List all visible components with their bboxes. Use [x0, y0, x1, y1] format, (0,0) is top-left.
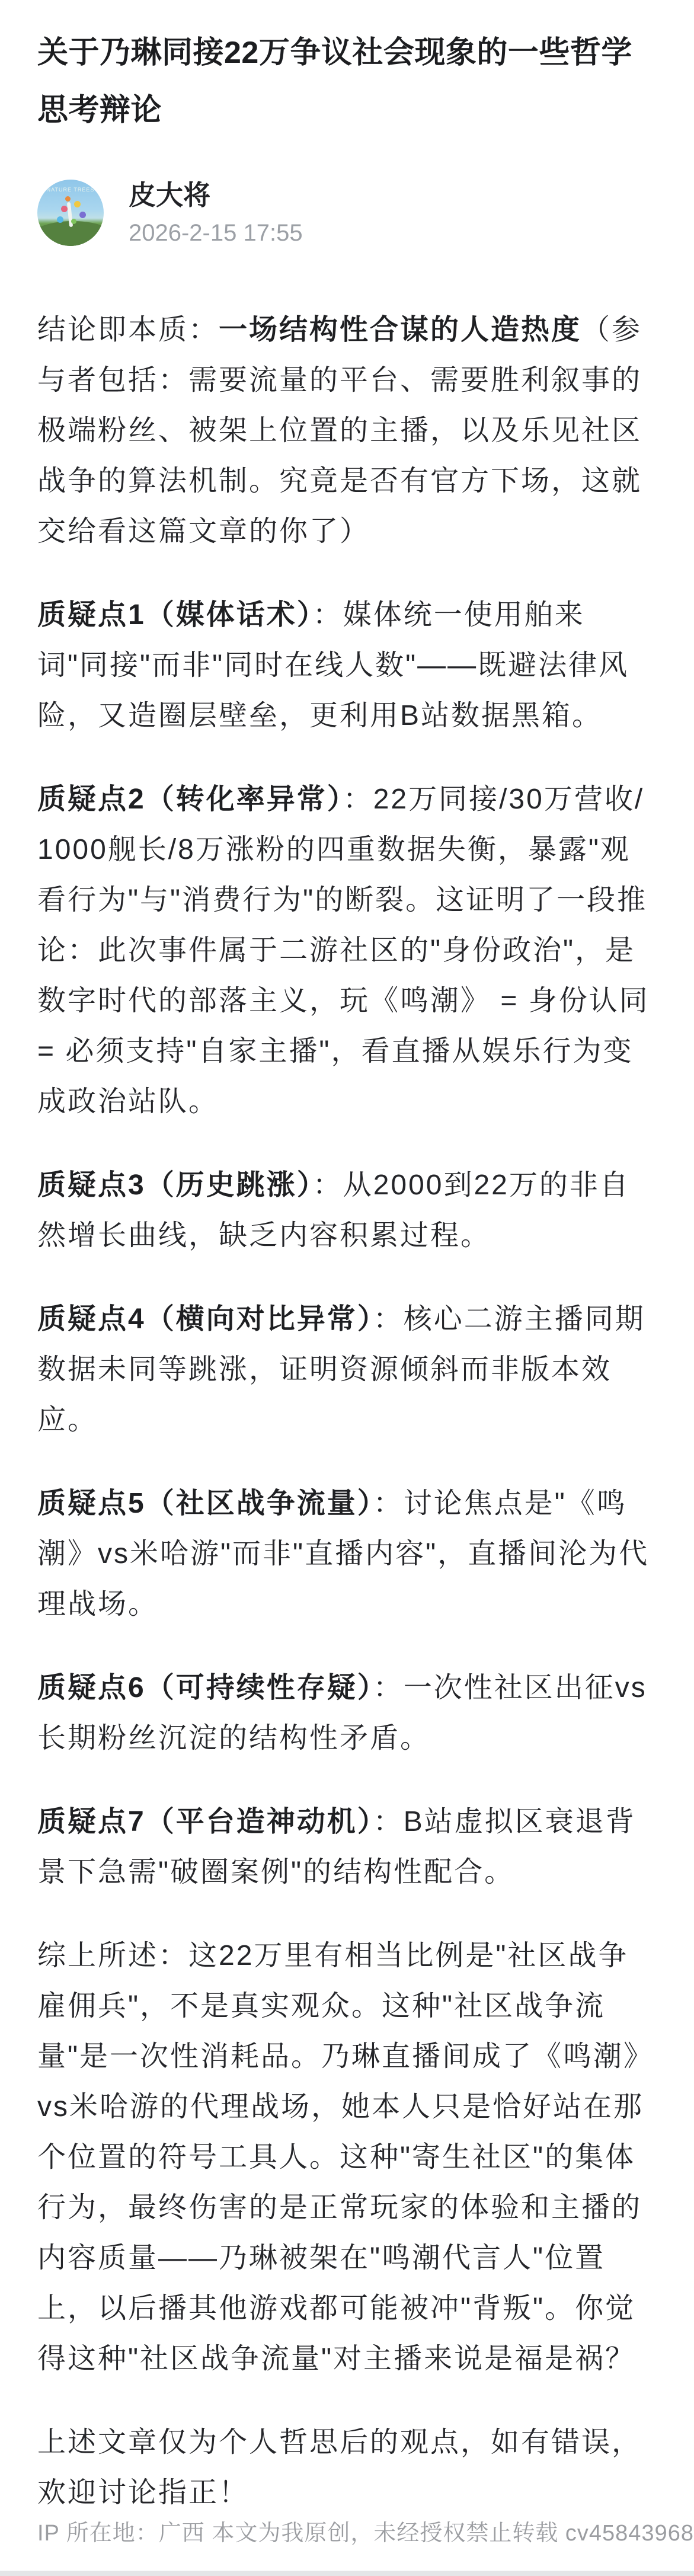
paragraph-bold-segment: 质疑点3（历史跳涨） — [37, 1169, 313, 1201]
author-info: 皮大将 2026-2-15 17:55 — [129, 180, 303, 246]
avatar-balloon-dot — [79, 212, 86, 218]
article-paragraph: 质疑点5（社区战争流量）：讨论焦点是"《鸣潮》vs米哈游"而非"直播内容"，直播… — [37, 1478, 657, 1629]
article-page: 关于乃琳同接22万争议社会现象的一些哲学思考辩论 NATURE TREES 皮大… — [0, 24, 694, 2518]
article-paragraph: 结论即本质：一场结构性合谋的人造热度（参与者包括：需要流量的平台、需要胜利叙事的… — [37, 305, 657, 557]
author-row: NATURE TREES 皮大将 2026-2-15 17:55 — [37, 180, 657, 246]
bottom-divider — [0, 2571, 694, 2576]
publish-date: 2026-2-15 17:55 — [129, 220, 303, 246]
avatar-balloon-dot — [71, 219, 76, 224]
article-paragraph: 质疑点2（转化率异常）：22万同接/30万营收/1000舰长/8万涨粉的四重数据… — [37, 774, 657, 1127]
page-title: 关于乃琳同接22万争议社会现象的一些哲学思考辩论 — [37, 24, 661, 139]
avatar-balloon-dot — [61, 206, 68, 212]
footer-copyright: IP 所在地：广西 本文为我原创，未经授权禁止转载 cv45843968 — [37, 2517, 694, 2550]
avatar-logo-text: NATURE TREES — [37, 187, 104, 193]
article-paragraph: 综上所述：这22万里有相当比例是"社区战争雇佣兵"，不是真实观众。这种"社区战争… — [37, 1931, 657, 2384]
paragraph-text-segment: 综上所述：这22万里有相当比例是"社区战争雇佣兵"，不是真实观众。这种"社区战争… — [37, 1940, 654, 2374]
paragraph-text-segment: （参与者包括：需要流量的平台、需要胜利叙事的极端粉丝、被架上位置的主播，以及乐见… — [37, 314, 642, 547]
article-paragraph: 质疑点4（横向对比异常）：核心二游主播同期数据未同等跳涨，证明资源倾斜而非版本效… — [37, 1294, 657, 1445]
article-paragraph: 质疑点7（平台造神动机）：B站虚拟区衰退背景下急需"破圈案例"的结构性配合。 — [37, 1797, 657, 1897]
paragraph-bold-segment: 质疑点6（可持续性存疑） — [37, 1672, 373, 1704]
article-paragraph: 质疑点1（媒体话术）：媒体统一使用舶来词"同接"而非"同时在线人数"——既避法律… — [37, 590, 657, 741]
author-name[interactable]: 皮大将 — [129, 180, 303, 210]
avatar-balloon-dot — [65, 196, 71, 202]
paragraph-text-segment: 上述文章仅为个人哲思后的观点，如有错误，欢迎讨论指正！ — [37, 2427, 642, 2508]
article-body: 结论即本质：一场结构性合谋的人造热度（参与者包括：需要流量的平台、需要胜利叙事的… — [37, 305, 657, 2518]
article-paragraph: 质疑点3（历史跳涨）：从2000到22万的非自然增长曲线，缺乏内容积累过程。 — [37, 1160, 657, 1261]
article-paragraph: 质疑点6（可持续性存疑）：一次性社区出征vs长期粉丝沉淀的结构性矛盾。 — [37, 1663, 657, 1763]
avatar-balloon-dot — [57, 216, 63, 223]
paragraph-text-segment: ：22万同接/30万营收/1000舰长/8万涨粉的四重数据失衡，暴露"观看行为"… — [37, 784, 650, 1117]
paragraph-text-segment: 结论即本质： — [37, 314, 219, 346]
avatar[interactable]: NATURE TREES — [37, 180, 104, 246]
paragraph-bold-segment: 质疑点5（社区战争流量） — [37, 1488, 373, 1519]
paragraph-bold-segment: 质疑点7（平台造神动机） — [37, 1806, 373, 1837]
paragraph-bold-segment: 质疑点4（横向对比异常） — [37, 1303, 373, 1335]
paragraph-bold-segment: 质疑点2（转化率异常） — [37, 784, 343, 815]
paragraph-bold-segment: 质疑点1（媒体话术） — [37, 599, 313, 631]
avatar-balloon-dot — [74, 201, 81, 207]
article-paragraph: 上述文章仅为个人哲思后的观点，如有错误，欢迎讨论指正！ — [37, 2417, 657, 2518]
paragraph-bold-segment: 一场结构性合谋的人造热度 — [219, 314, 581, 346]
